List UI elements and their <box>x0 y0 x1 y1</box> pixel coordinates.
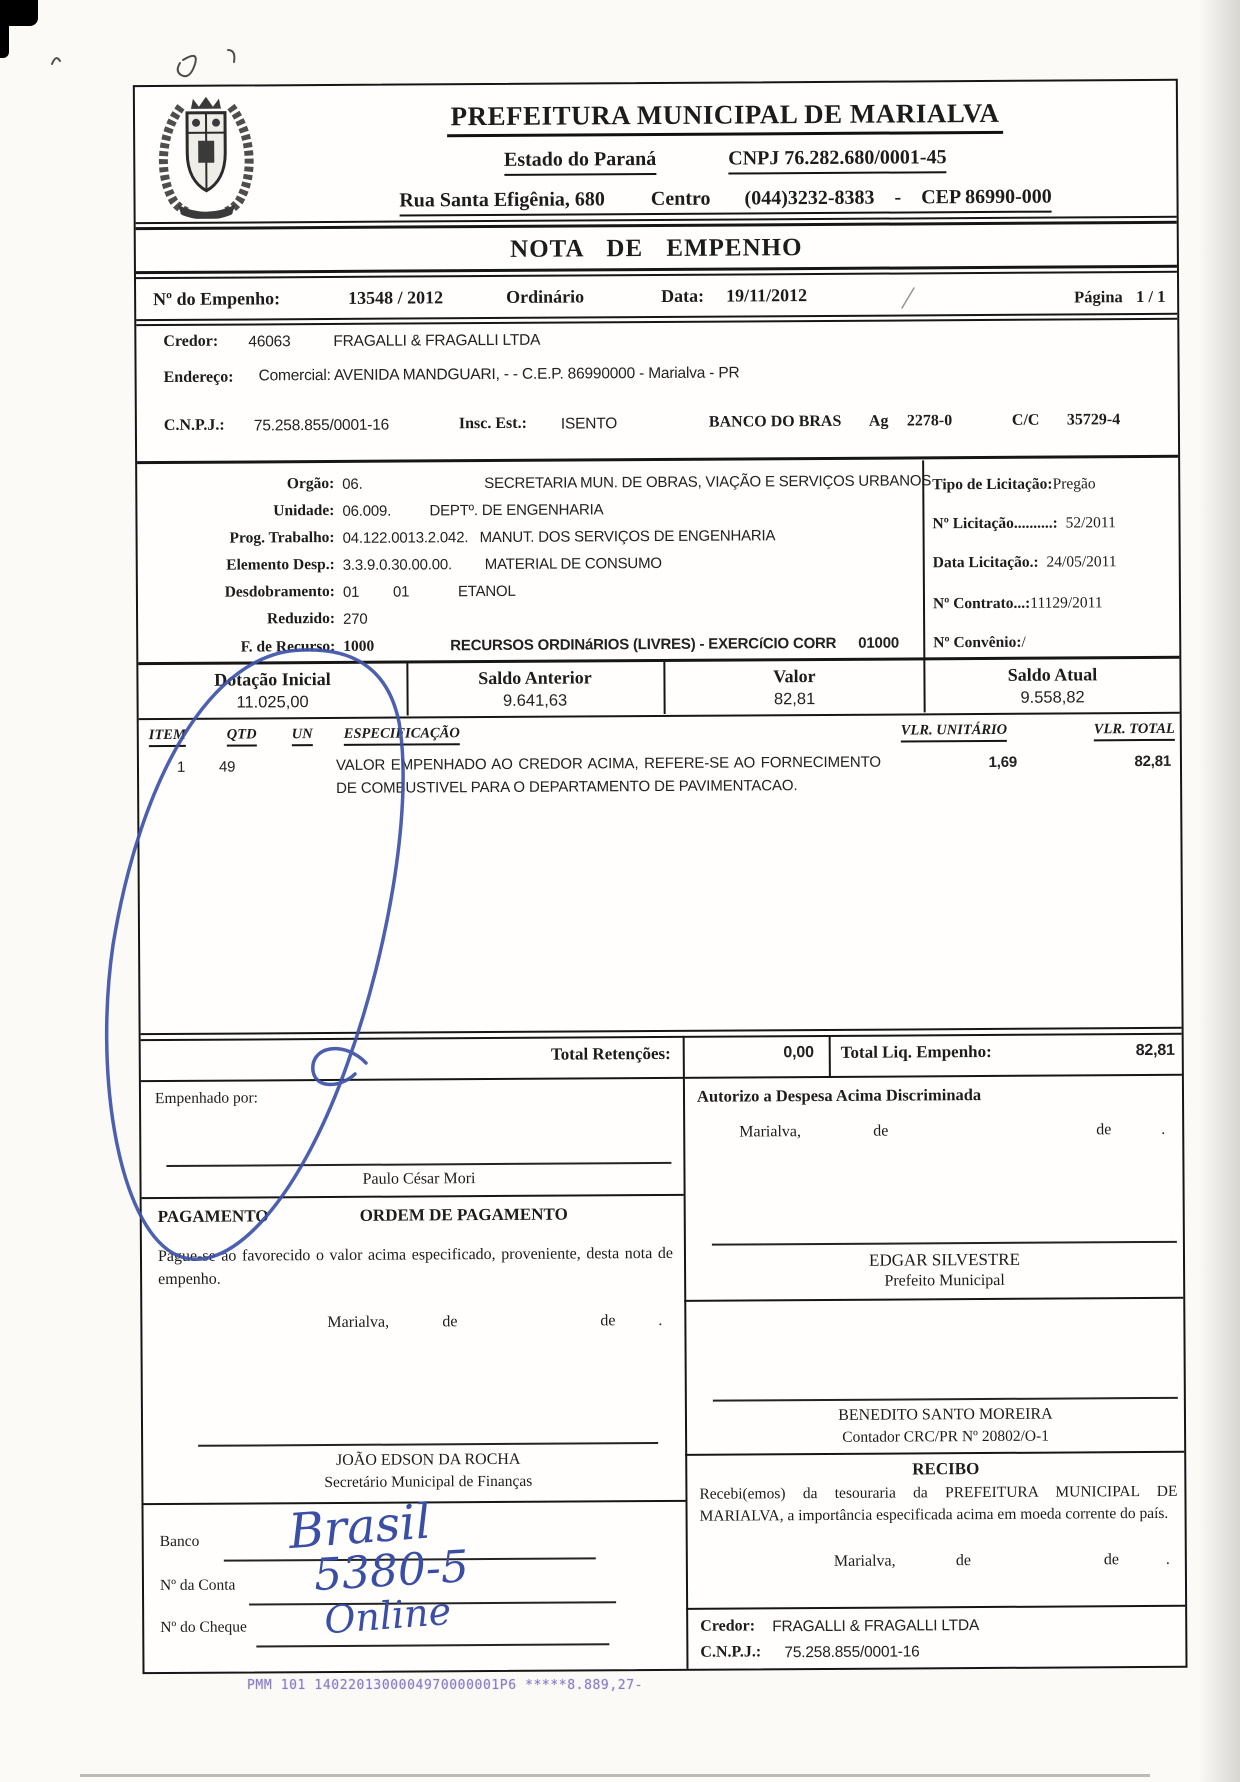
numero-licitacao-value: 52/2011 <box>1066 514 1116 531</box>
pagamento-cidade: Marialva, <box>327 1314 389 1332</box>
desdobramento-code2: 01 <box>393 584 409 601</box>
col-header-un: UN <box>292 726 313 746</box>
signature-line <box>713 1397 1178 1402</box>
empenho-number: 13548 / 2012 <box>348 287 443 309</box>
recibo-de2: de <box>1104 1551 1119 1569</box>
conta-corrente-label: C/C <box>1012 412 1040 430</box>
agencia-label: Ag <box>869 413 889 431</box>
signature-line <box>712 1241 1177 1246</box>
elemento-desp-desc: MATERIAL DE CONSUMO <box>485 555 662 573</box>
credor-cnpj: 75.258.855/0001-16 <box>254 417 389 436</box>
recibo-title: RECIBO <box>713 1458 1178 1481</box>
divider-line <box>686 1605 1185 1610</box>
prog-trabalho-desc: MANUT. DOS SERVIÇOS DE ENGENHARIA <box>480 527 776 546</box>
contrato-label: Nº Contrato...: <box>933 595 1030 613</box>
item-especificacao: VALOR EMPENHADO AO CREDOR ACIMA, REFERE-… <box>336 751 881 801</box>
reduzido-value: 270 <box>343 611 368 628</box>
tipo-licitacao-label: Tipo de Licitação: <box>932 476 1052 494</box>
data-licitacao-label: Data Licitação.: <box>933 554 1039 572</box>
secretario-nome: JOÃO EDSON DA ROCHA <box>198 1450 658 1471</box>
district: Centro <box>651 188 711 210</box>
saldo-cell-atual: Saldo Atual 9.558,82 <box>925 659 1179 709</box>
empenhado-por-label: Empenhado por: <box>155 1089 258 1108</box>
saldo-atual-label: Saldo Atual <box>925 664 1179 687</box>
prog-trabalho-label: Prog. Trabalho: <box>138 529 335 548</box>
num-conta-label: Nº da Conta <box>160 1577 236 1595</box>
unidade-label: Unidade: <box>137 502 334 521</box>
item-vlr-unitario: 1,69 <box>939 754 1017 771</box>
tipo-licitacao-row: Tipo de Licitação:Pregão <box>932 475 1095 494</box>
prefeitura-title: PREFEITURA MUNICIPAL DE MARIALVA <box>446 98 1003 137</box>
municipality-logo <box>151 92 262 219</box>
cell-divider <box>829 1035 831 1076</box>
dotacao-inicial-value: 11.025,00 <box>139 693 407 714</box>
state-label: Estado do Paraná <box>504 148 656 176</box>
conta-corrente-value: 35729-4 <box>1067 411 1120 429</box>
autorizo-title: Autorizo a Despesa Acima Discriminada <box>697 1085 981 1107</box>
numero-licitacao-label: Nº Licitação..........: <box>932 515 1057 533</box>
numero-licitacao-row: Nº Licitação..........: 52/2011 <box>932 514 1115 533</box>
recibo-cnpj-value: 75.258.855/0001-16 <box>784 1643 919 1662</box>
elemento-desp-label: Elemento Desp.: <box>138 556 335 575</box>
contrato-value: 11129/2011 <box>1030 594 1102 611</box>
divider-line <box>139 712 1180 720</box>
endereco-label: Endereço: <box>164 369 234 387</box>
banco-label: Banco <box>160 1533 200 1551</box>
recibo-cnpj-label: C.N.P.J.: <box>700 1643 761 1661</box>
total-retencoes-value: 0,00 <box>696 1044 814 1063</box>
column-divider <box>683 1077 689 1669</box>
recibo-credor-value: FRAGALLI & FRAGALLI LTDA <box>772 1617 979 1636</box>
address-line: Rua Santa Efigênia, 680 Centro (044)3232… <box>399 186 1052 217</box>
divider-line <box>142 1194 684 1199</box>
insc-value: ISENTO <box>561 415 617 433</box>
pagamento-de2: de <box>600 1312 615 1330</box>
saldo-cell-anterior: Saldo Anterior 9.641,63 <box>406 662 663 712</box>
autorizo-de2: de <box>1096 1121 1111 1139</box>
data-licitacao-value: 24/05/2011 <box>1046 553 1116 570</box>
tipo-licitacao-value: Pregão <box>1053 475 1096 492</box>
prog-trabalho-code: 04.122.0013.2.042. <box>343 529 469 547</box>
endereco-value: Comercial: AVENIDA MANDGUARI, - - C.E.P.… <box>259 364 740 385</box>
fonte-recurso-code2: 01000 <box>858 635 899 652</box>
contador-cargo: Contador CRC/PR Nº 20802/O-1 <box>713 1427 1178 1448</box>
saldo-anterior-label: Saldo Anterior <box>406 667 663 690</box>
orgao-label: Orgão: <box>137 475 334 494</box>
data-licitacao-row: Data Licitação.: 24/05/2011 <box>933 553 1117 572</box>
dash: - <box>894 186 901 208</box>
cheque-handwriting: Online <box>323 1589 453 1642</box>
orgao-code: 06. <box>342 476 362 493</box>
ordem-pagamento-title: ORDEM DE PAGAMENTO <box>314 1204 614 1226</box>
valor-label: Valor <box>663 665 925 688</box>
date-value: 19/11/2012 <box>726 285 807 306</box>
total-liq-value: 82,81 <box>1085 1042 1175 1061</box>
dotacao-inicial-label: Dotação Inicial <box>138 669 406 692</box>
prefeito-nome: EDGAR SILVESTRE <box>712 1249 1177 1272</box>
credor-code: 46063 <box>248 333 290 351</box>
credor-name: FRAGALLI & FRAGALLI LTDA <box>333 332 540 351</box>
reduzido-label: Reduzido: <box>138 610 335 629</box>
street-address: Rua Santa Efigênia, 680 <box>399 188 605 211</box>
desdobramento-desc: ETANOL <box>458 583 516 600</box>
contrato-row: Nº Contrato...:11129/2011 <box>933 594 1103 613</box>
signature-line <box>166 1162 671 1167</box>
saldo-cell-dotacao: Dotação Inicial 11.025,00 <box>138 664 406 714</box>
page-edge-shadow <box>1198 0 1240 1782</box>
divider-line <box>684 1297 1183 1302</box>
col-header-especificacao: ESPECIFICAÇÃO <box>344 725 460 746</box>
phone: (044)3232-8383 <box>744 187 874 210</box>
contador-nome: BENEDITO SANTO MOREIRA <box>713 1405 1178 1426</box>
document-title: NOTA DE EMPENHO <box>510 234 803 264</box>
divider-line <box>137 455 1178 464</box>
page-value: 1 / 1 <box>1136 287 1165 307</box>
date-label: Data: <box>661 286 704 307</box>
orgao-desc: SECRETARIA MUN. DE OBRAS, VIAÇÃO E SERVI… <box>484 472 931 492</box>
empenho-number-label: Nº do Empenho: <box>153 288 280 310</box>
secretario-cargo: Secretário Municipal de Finanças <box>198 1472 658 1493</box>
pagamento-title: PAGAMENTO <box>158 1206 269 1227</box>
scan-corner-artifact-2 <box>0 0 9 58</box>
desdobramento-code1: 01 <box>343 584 359 601</box>
total-liq-label: Total Liq. Empenho: <box>841 1042 992 1063</box>
credor-cnpj-label: C.N.P.J.: <box>164 417 225 435</box>
empenhado-assinatura-nome: Paulo César Mori <box>166 1169 671 1190</box>
coat-of-arms-icon <box>151 92 262 219</box>
divider-line <box>685 1451 1184 1456</box>
item-number: 1 <box>177 759 185 776</box>
recibo-de1: de <box>956 1552 971 1570</box>
autorizo-cidade: Marialva, <box>739 1123 801 1141</box>
total-retencoes-label: Total Retenções: <box>141 1044 671 1067</box>
fonte-recurso-desc: RECURSOS ORDINáRIOS (LIVRES) - EXERCíCIO… <box>450 635 836 654</box>
recibo-ponto: . <box>1166 1551 1170 1569</box>
col-header-item: ITEM <box>149 727 186 747</box>
dot-matrix-print-line: PMM 101 1402201300004970000001P6 *****8.… <box>247 1678 643 1693</box>
cell-divider <box>683 1036 685 1077</box>
page-label: Página <box>1074 287 1123 307</box>
insc-label: Insc. Est.: <box>459 415 527 433</box>
saldo-cell-valor: Valor 82,81 <box>663 660 925 710</box>
desdobramento-label: Desdobramento: <box>138 583 335 602</box>
item-qtd: 49 <box>219 759 235 776</box>
prefeito-cargo: Prefeito Municipal <box>712 1271 1177 1292</box>
col-header-vlr-total: VLR. TOTAL <box>1094 721 1175 741</box>
pagamento-de1: de <box>442 1313 457 1331</box>
saldo-anterior-value: 9.641,63 <box>407 691 664 712</box>
banco-name: BANCO DO BRAS <box>709 413 842 432</box>
signature-line <box>198 1442 658 1447</box>
recibo-credor-label: Credor: <box>700 1617 755 1635</box>
divider-line <box>141 1074 1182 1082</box>
nota-de-empenho-form: PREFEITURA MUNICIPAL DE MARIALVA Estado … <box>133 79 1188 1674</box>
elemento-desp-code: 3.3.9.0.30.00.00. <box>343 556 452 574</box>
empenho-kind: Ordinário <box>506 286 584 307</box>
autorizo-ponto: . <box>1161 1121 1165 1139</box>
convenio-label: Nº Convênio: <box>933 634 1021 652</box>
fonte-recurso-label: F. de Recurso: <box>138 638 335 657</box>
agencia-value: 2278-0 <box>907 412 952 430</box>
unidade-desc: DEPTº. DE ENGENHARIA <box>429 501 603 519</box>
fonte-recurso-code: 1000 <box>343 638 374 656</box>
item-vlr-total: 82,81 <box>1083 753 1171 771</box>
cheque-fill-line <box>256 1643 609 1647</box>
credor-label: Credor: <box>163 333 218 351</box>
recibo-cidade: Marialva, <box>834 1553 896 1571</box>
unidade-code: 06.009. <box>342 503 391 520</box>
col-header-qtd: QTD <box>227 726 257 746</box>
autorizo-de1: de <box>873 1123 888 1141</box>
pagamento-texto: Pague-se ao favorecido o valor acima esp… <box>158 1242 673 1292</box>
cnpj-prefeitura: CNPJ 76.282.680/0001-45 <box>728 146 946 174</box>
saldo-atual-value: 9.558,82 <box>926 688 1180 709</box>
pagamento-ponto: . <box>658 1312 662 1330</box>
recibo-texto: Recebi(emos) da tesouraria da PREFEITURA… <box>699 1481 1177 1529</box>
convenio-row: Nº Convênio:/ <box>933 634 1026 653</box>
page-bottom-edge <box>80 1774 1150 1777</box>
convenio-value: / <box>1021 634 1025 651</box>
valor-value: 82,81 <box>664 689 926 710</box>
num-cheque-label: Nº do Cheque <box>160 1619 247 1638</box>
col-header-vlr-unitario: VLR. UNITÁRIO <box>901 722 1007 743</box>
cep: CEP 86990-000 <box>921 186 1052 209</box>
